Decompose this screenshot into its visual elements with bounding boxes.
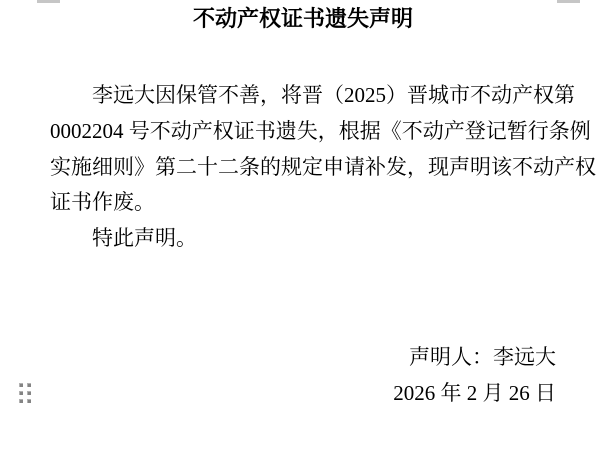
drag-handle-dot xyxy=(27,391,31,395)
top-left-handle xyxy=(37,0,60,3)
drag-handle-dot xyxy=(27,399,31,403)
body-line: 特此声明。 xyxy=(50,221,580,257)
body-line: 0002204 号不动产权证书遗失，根据《不动产登记暂行条例 xyxy=(50,114,580,150)
body-line: 证书作废。 xyxy=(50,185,580,221)
drag-handle-dot xyxy=(19,391,23,395)
drag-handle-icon[interactable] xyxy=(19,383,31,403)
drag-handle-dot xyxy=(19,399,23,403)
document-body: 李远大因保管不善，将晋（2025）晋城市不动产权第 0002204 号不动产权证… xyxy=(50,78,580,257)
body-line: 李远大因保管不善，将晋（2025）晋城市不动产权第 xyxy=(50,78,580,114)
drag-handle-dot xyxy=(27,383,31,387)
document-page: 不动产权证书遗失声明 李远大因保管不善，将晋（2025）晋城市不动产权第 000… xyxy=(0,0,606,451)
drag-handle-dot xyxy=(19,383,23,387)
document-title: 不动产权证书遗失声明 xyxy=(0,6,606,32)
signature-block: 声明人：李远大 2026 年 2 月 26 日 xyxy=(393,339,556,411)
date-line: 2026 年 2 月 26 日 xyxy=(393,375,556,411)
body-line: 实施细则》第二十二条的规定申请补发，现声明该不动产权 xyxy=(50,150,580,186)
top-right-handle xyxy=(557,0,580,3)
signatory-line: 声明人：李远大 xyxy=(393,339,556,375)
